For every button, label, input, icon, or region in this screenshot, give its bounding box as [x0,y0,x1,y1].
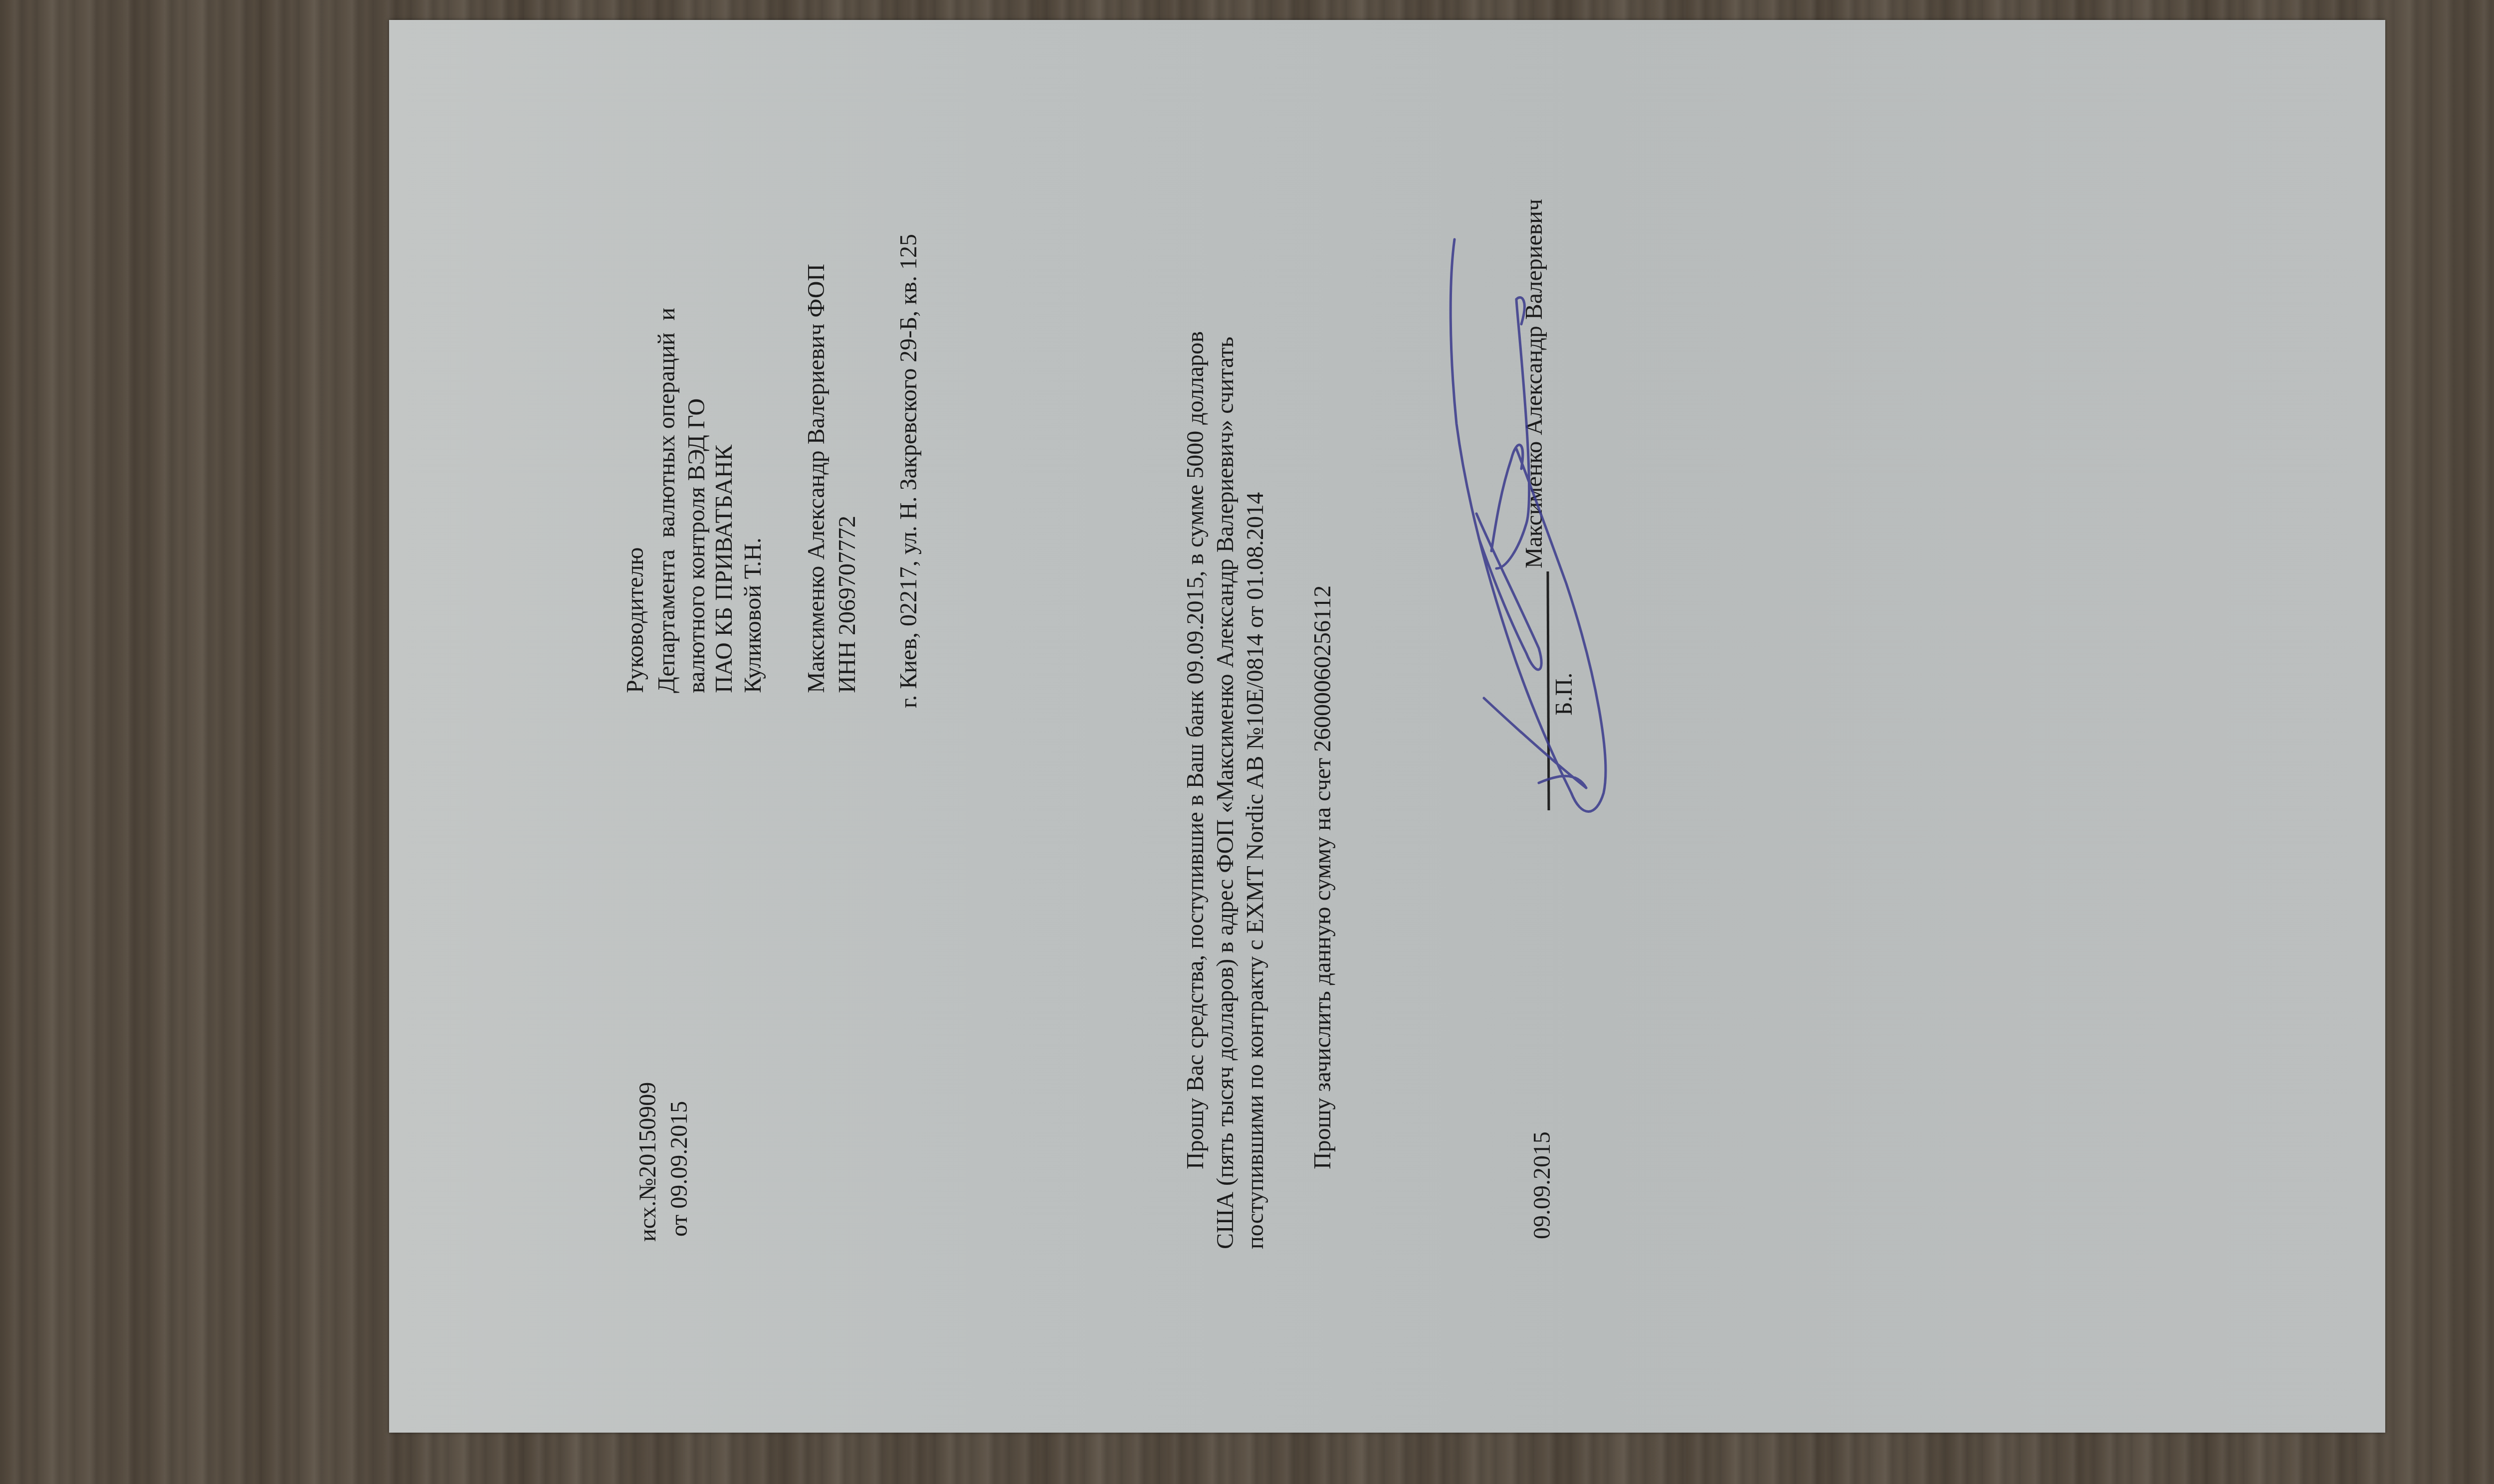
body-paragraph-1-line-2: США (пять тысяч долларов) в адрес ФОП «М… [1214,337,1238,1249]
body-paragraph-1-line-3: поступившими по контракту с EXMT Nordic … [1244,492,1267,1249]
addressee-line-3: валютного контроля ВЭД ГО [685,398,709,693]
footer-date: 09.09.2015 [1530,1131,1554,1239]
footer-stamp-mark: Б.П. [1552,673,1576,716]
reference-date: от 09.09.2015 [667,1101,691,1237]
reference-number: исх.№20150909 [636,1082,660,1242]
body-paragraph-2: Прошу зачислить данную сумму на счет 260… [1311,585,1335,1169]
addressee-line-2: Департамента валютных операций и [655,308,679,693]
footer-signatory: Максименко Александр Валериевич [1522,199,1546,568]
sender-name: Максименко Александр Валериевич ФОП [805,264,829,693]
addressee-line-5: Куликовой Т.Н. [741,538,765,693]
addressee-line-1: Руководителю [623,547,647,693]
sender-inn: ИНН 2069707772 [835,516,859,693]
sender-address: г. Киев, 02217, ул. Н. Закревского 29-Б,… [897,234,921,708]
body-paragraph-1-line-1: Прошу Вас средства, поступившие в Ваш ба… [1184,331,1208,1169]
addressee-line-4: ПАО КБ ПРИВАТБАНК [712,445,736,693]
